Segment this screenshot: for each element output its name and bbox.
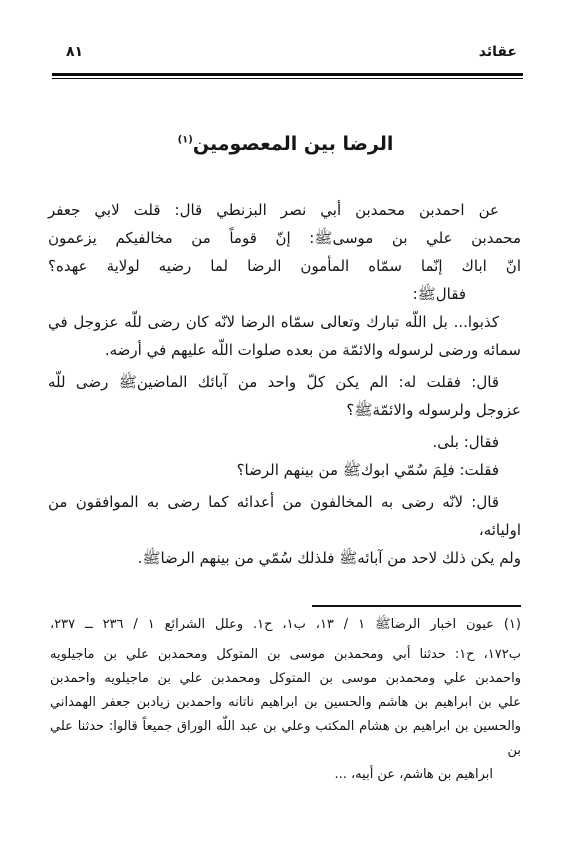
footnote-line: ب١٧٢، ح١: حدثنا أبي ومحمدبن موسى بن المت… bbox=[50, 643, 521, 667]
page-number: ٨١ bbox=[66, 44, 83, 60]
book-page: ٨١ عقائد الرضا بين المعصومين(١) عن احمدب… bbox=[0, 0, 571, 841]
body-line: انّ اباك إنّما سمّاه المأمون الرضا لما ر… bbox=[48, 252, 521, 280]
body-line: فقالﷺ: bbox=[48, 280, 521, 308]
footnote-line: ابراهيم بن هاشم، عن أبيه، ... bbox=[50, 763, 521, 787]
chapter-title: الرضا بين المعصومين(١) bbox=[0, 133, 571, 155]
footnote-separator bbox=[312, 605, 521, 607]
header-double-rule bbox=[52, 73, 523, 79]
title-footnote-marker: (١) bbox=[178, 135, 193, 146]
body-line: قال: لانّه رضى به المخالفون من أعدائه كم… bbox=[48, 488, 521, 544]
footnote-line: علي بن ابراهيم بن هاشم والحسين بن ابراهي… bbox=[50, 691, 521, 715]
body-line: عزوجل ولرسوله والائمّةﷺ؟ bbox=[48, 396, 521, 424]
footnote-line: (١) عيون اخبار الرضاﷺ ١ / ١٣، ب١، ح١. وع… bbox=[50, 613, 521, 637]
body-line: ولم يكن ذلك لاحد من آبائهﷺ فلذلك سُمّي م… bbox=[48, 544, 521, 572]
body-text: عن احمدبن محمدبن أبي نصر البزنطي قال: قل… bbox=[48, 196, 521, 572]
body-line: سمائه ورضى لرسوله والائمّة من بعده صلوات… bbox=[48, 336, 521, 364]
body-line: عن احمدبن محمدبن أبي نصر البزنطي قال: قل… bbox=[48, 196, 521, 224]
body-line: فقال: بلى. bbox=[48, 428, 521, 456]
body-line: محمدبن علي بن موسىﷺ: إنّ قوماً من مخالفي… bbox=[48, 224, 521, 252]
chapter-title-text: الرضا بين المعصومين bbox=[193, 133, 394, 155]
section-title: عقائد bbox=[479, 44, 517, 60]
running-header: ٨١ عقائد bbox=[66, 44, 517, 60]
footnote-line: والحسين بن ابراهيم بن هشام المكتب وعلي ب… bbox=[50, 715, 521, 763]
body-line: قال: فقلت له: الم يكن كلّ واحد من آبائك … bbox=[48, 368, 521, 396]
footnote-line: واحمدبن علي ومحمدبن موسى بن المتوكل ومحم… bbox=[50, 667, 521, 691]
body-line: فقلت: فلِمَ سُمّي ابوكﷺ من بينهم الرضا؟ bbox=[48, 456, 521, 484]
footnote: (١) عيون اخبار الرضاﷺ ١ / ١٣، ب١، ح١. وع… bbox=[50, 613, 521, 787]
body-line: كذبوا... بل اللّه تبارك وتعالى سمّاه الر… bbox=[48, 308, 521, 336]
